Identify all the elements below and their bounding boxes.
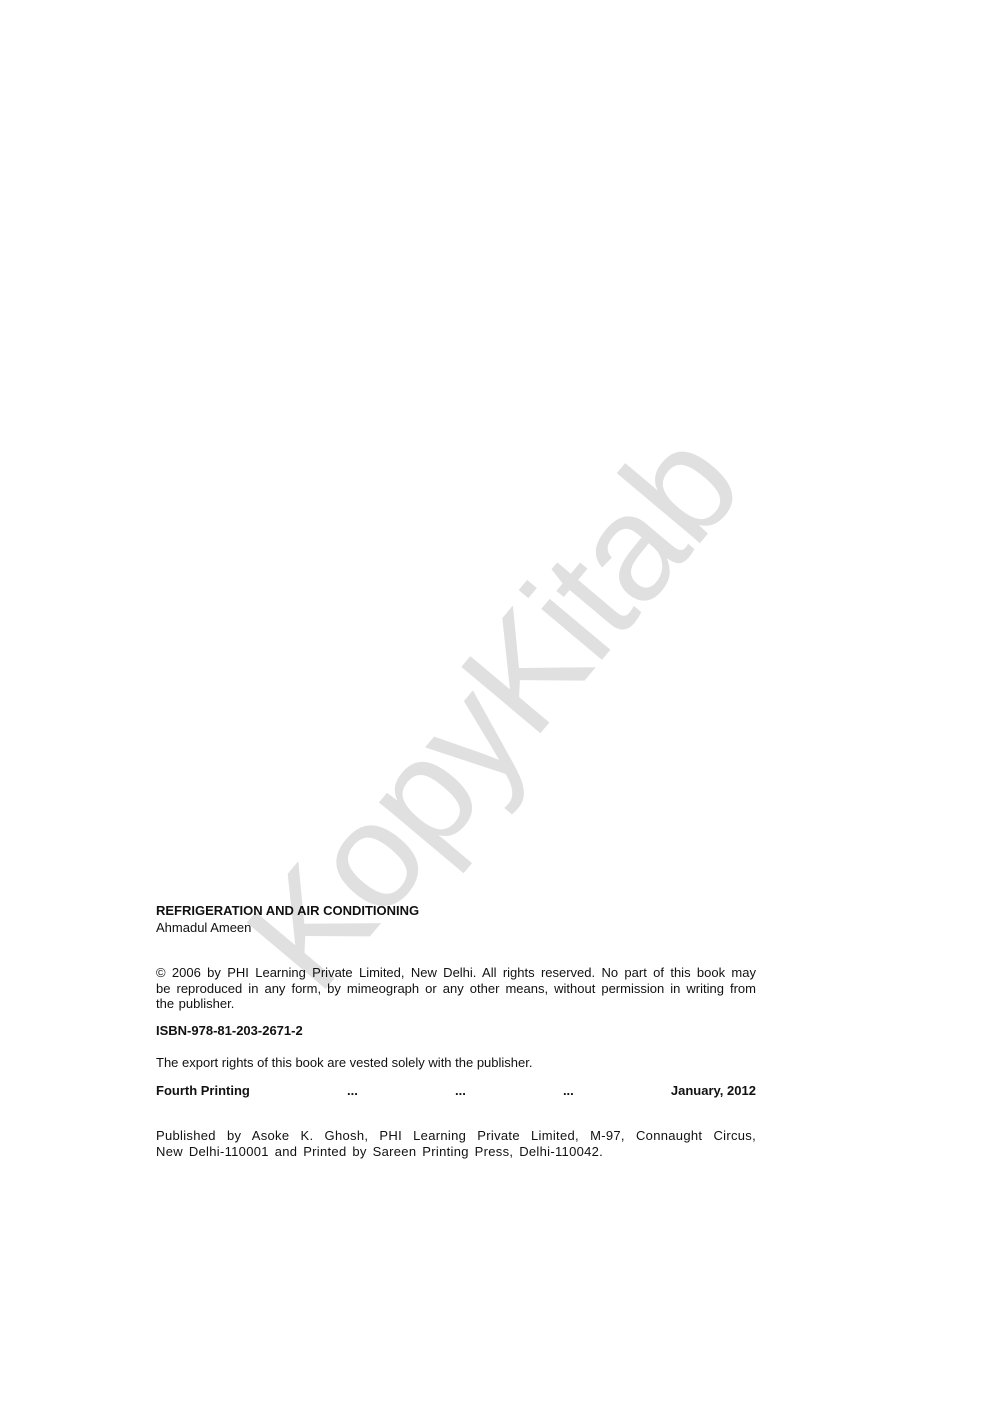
printing-separator: ...: [563, 1083, 574, 1099]
printing-date: January, 2012: [671, 1083, 756, 1099]
printing-separator: ...: [347, 1083, 358, 1099]
copyright-line: the publisher.: [156, 996, 756, 1012]
publisher-line: New Delhi-110001 and Printed by Sareen P…: [156, 1144, 756, 1160]
printing-label: Fourth Printing: [156, 1083, 250, 1099]
publisher-notice: Published by Asoke K. Ghosh, PHI Learnin…: [156, 1128, 756, 1159]
book-author: Ahmadul Ameen: [156, 920, 756, 936]
copyright-line: © 2006 by PHI Learning Private Limited, …: [156, 965, 756, 981]
copyright-notice: © 2006 by PHI Learning Private Limited, …: [156, 965, 756, 1012]
book-title: REFRIGERATION AND AIR CONDITIONING: [156, 903, 756, 919]
isbn: ISBN-978-81-203-2671-2: [156, 1023, 756, 1039]
export-rights-notice: The export rights of this book are veste…: [156, 1055, 756, 1071]
printing-info: Fourth Printing ... ... ... January, 201…: [156, 1083, 756, 1099]
publisher-line: Published by Asoke K. Ghosh, PHI Learnin…: [156, 1128, 756, 1144]
printing-separator: ...: [455, 1083, 466, 1099]
copyright-line: be reproduced in any form, by mimeograph…: [156, 981, 756, 997]
